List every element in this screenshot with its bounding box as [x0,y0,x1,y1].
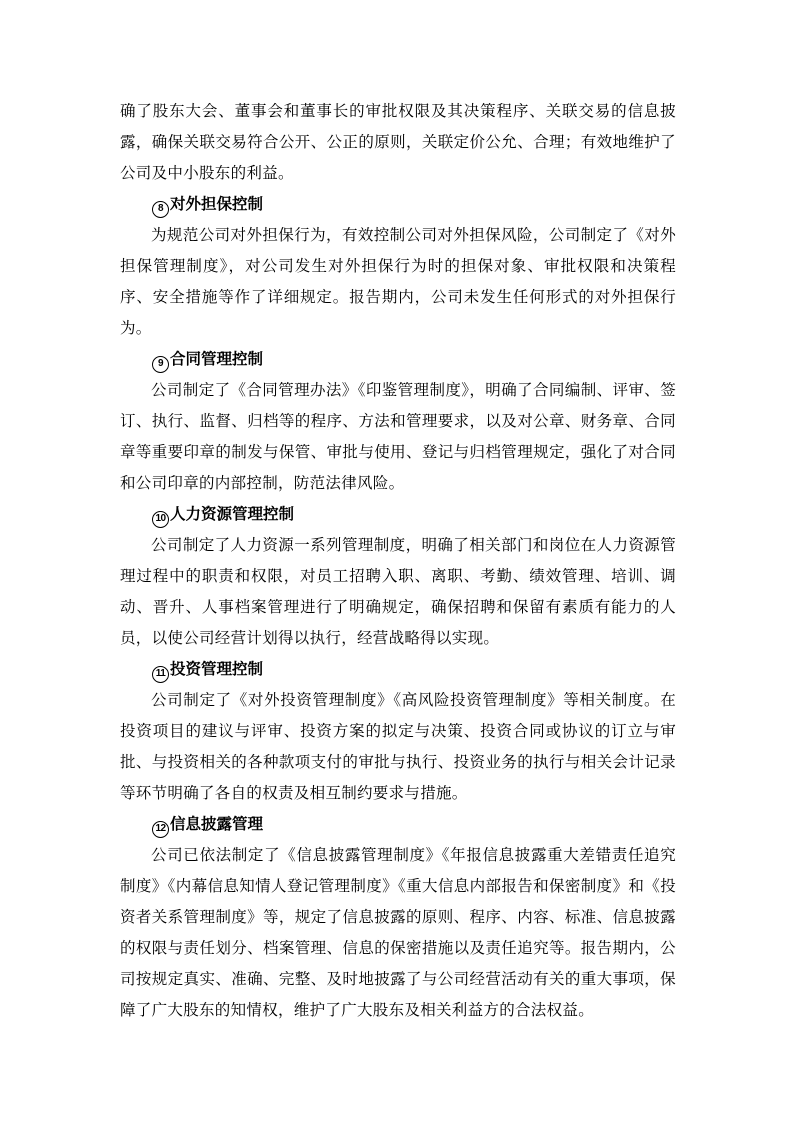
document-page: 确了股东大会、董事会和董事长的审批权限及其决策程序、关联交易的信息披露，确保关联… [0,0,794,1122]
circled-number-12: 12 [152,821,169,838]
circled-number-8: 8 [152,201,169,218]
heading-title: 合同管理控制 [170,351,263,368]
body-paragraph-investment-management: 公司制定了《对外投资管理制度》《高风险投资管理制度》等相关制度。在投资项目的建议… [120,685,676,809]
body-paragraph-related-transactions: 确了股东大会、董事会和董事长的审批权限及其决策程序、关联交易的信息披露，确保关联… [120,96,676,189]
circled-number-10: 10 [152,511,169,528]
body-paragraph-external-guarantee: 为规范公司对外担保行为，有效控制公司对外担保风险，公司制定了《对外担保管理制度》… [120,220,676,344]
section-heading-information-disclosure: 12信息披露管理 [120,809,676,840]
section-heading-investment-management: 11投资管理控制 [120,654,676,685]
circled-number-9: 9 [152,356,169,373]
heading-title: 对外担保控制 [170,196,263,213]
body-paragraph-information-disclosure: 公司已依法制定了《信息披露管理制度》《年报信息披露重大差错责任追究制度》《内幕信… [120,840,676,1026]
circled-number-11: 11 [152,666,169,683]
heading-title: 人力资源管理控制 [170,506,294,523]
heading-title: 投资管理控制 [170,661,263,678]
section-heading-hr-management: 10人力资源管理控制 [120,499,676,530]
body-paragraph-contract-management: 公司制定了《合同管理办法》《印鉴管理制度》，明确了合同编制、评审、签订、执行、监… [120,375,676,499]
heading-title: 信息披露管理 [170,816,263,833]
section-heading-contract-management: 9合同管理控制 [120,344,676,375]
body-paragraph-hr-management: 公司制定了人力资源一系列管理制度，明确了相关部门和岗位在人力资源管理过程中的职责… [120,530,676,654]
section-heading-external-guarantee: 8对外担保控制 [120,189,676,220]
